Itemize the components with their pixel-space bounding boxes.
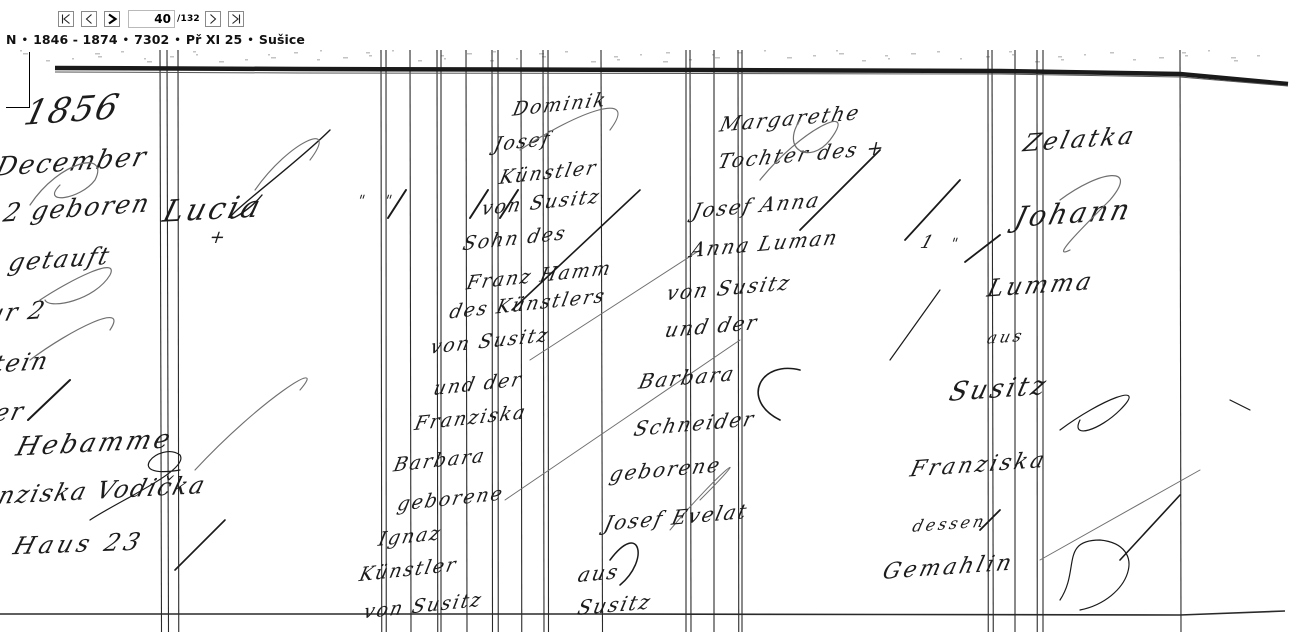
skip-to-last-icon [230, 13, 242, 25]
page-navigation-toolbar: /132 [58, 10, 251, 28]
play-arrow-icon [106, 13, 118, 25]
first-page-button[interactable] [58, 11, 74, 27]
page-total: /132 [177, 14, 200, 24]
child-name: Lucia [158, 189, 267, 230]
chevron-left-icon [83, 13, 95, 25]
separator: • [123, 35, 130, 46]
house-number: Haus 23 [9, 527, 147, 560]
handwritten-register-page: 1856December12 geboren12 getauftArtur 2W… [0, 46, 1290, 636]
play-button[interactable] [104, 11, 120, 27]
godparent-entry: aus [985, 326, 1027, 347]
separator: • [174, 35, 181, 46]
parish-name: Sušice [259, 32, 305, 47]
register-year: 1856 [20, 87, 124, 133]
record-metadata: N•1846 - 1874•7302•Př XI 25•Sušice [6, 32, 305, 47]
last-page-button[interactable] [228, 11, 244, 27]
mother-entry: aus [576, 559, 622, 587]
separator: • [247, 35, 254, 46]
next-page-button[interactable] [205, 11, 221, 27]
previous-page-button[interactable] [81, 11, 97, 27]
archive-signature: Př XI 25 [186, 32, 243, 47]
skip-to-first-icon [60, 13, 72, 25]
year-range: 1846 - 1874 [33, 32, 118, 47]
register-scan-image[interactable]: 1856December12 geboren12 getauftArtur 2W… [0, 46, 1290, 636]
separator: • [22, 35, 29, 46]
book-id: 7302 [134, 32, 169, 47]
document-viewer: /132 N•1846 - 1874•7302•Př XI 25•Sušice [0, 0, 1290, 636]
chevron-right-icon [207, 13, 219, 25]
book-type: N [6, 32, 17, 47]
page-number-input[interactable] [128, 10, 175, 28]
scan-corner-marker [6, 52, 30, 108]
